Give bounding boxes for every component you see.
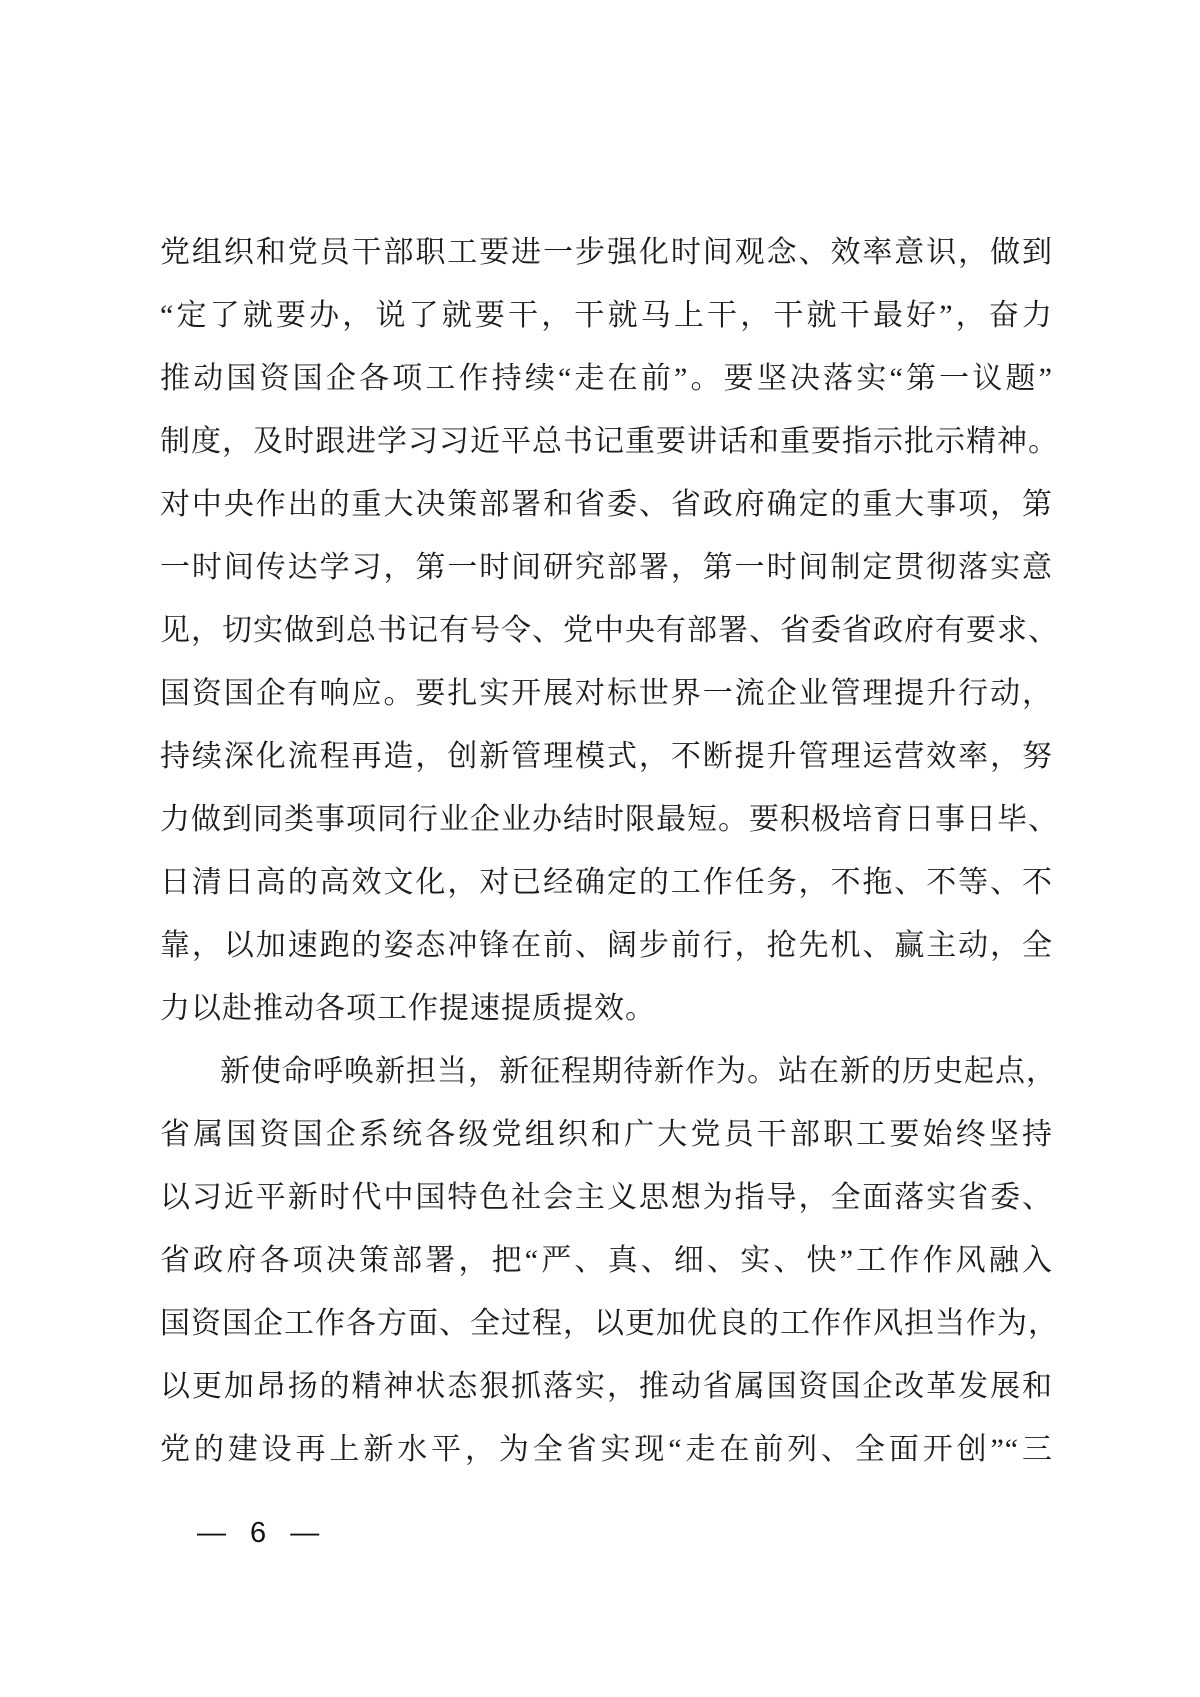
- text-line: 国资国企有响应。要扎实开展对标世界一流企业管理提升行动，: [160, 662, 1053, 725]
- text-line: 力做到同类事项同行业企业办结时限最短。要积极培育日事日毕、: [160, 788, 1053, 851]
- text-line: 对中央作出的重大决策部署和省委、省政府确定的重大事项，第: [160, 473, 1053, 536]
- text-line: 国资国企工作各方面、全过程，以更加优良的工作作风担当作为，: [160, 1292, 1053, 1355]
- text-line: 党组织和党员干部职工要进一步强化时间观念、效率意识，做到: [160, 221, 1053, 284]
- text-line: 以更加昂扬的精神状态狠抓落实，推动省属国资国企改革发展和: [160, 1355, 1053, 1418]
- text-line: 持续深化流程再造，创新管理模式，不断提升管理运营效率，努: [160, 725, 1053, 788]
- text-line: 新使命呼唤新担当，新征程期待新作为。站在新的历史起点，: [160, 1040, 1053, 1103]
- text-line: 一时间传达学习，第一时间研究部署，第一时间制定贯彻落实意: [160, 536, 1053, 599]
- text-line: 见，切实做到总书记有号令、党中央有部署、省委省政府有要求、: [160, 599, 1053, 662]
- text-line: 推动国资国企各项工作持续“走在前”。要坚决落实“第一议题”: [160, 347, 1053, 410]
- text-line: 党的建设再上新水平，为全省实现“走在前列、全面开创”“三: [160, 1418, 1053, 1481]
- document-page: 党组织和党员干部职工要进一步强化时间观念、效率意识，做到 “定了就要办，说了就要…: [0, 0, 1200, 1697]
- text-line: 制度，及时跟进学习习近平总书记重要讲话和重要指示批示精神。: [160, 410, 1053, 473]
- text-line: 日清日高的高效文化，对已经确定的工作任务，不拖、不等、不: [160, 851, 1053, 914]
- page-number: — 6 —: [197, 1511, 327, 1555]
- document-body: 党组织和党员干部职工要进一步强化时间观念、效率意识，做到 “定了就要办，说了就要…: [160, 221, 1053, 1481]
- text-line: 靠，以加速跑的姿态冲锋在前、阔步前行，抢先机、赢主动，全: [160, 914, 1053, 977]
- text-line: 省政府各项决策部署，把“严、真、细、实、快”工作作风融入: [160, 1229, 1053, 1292]
- text-line: 以习近平新时代中国特色社会主义思想为指导，全面落实省委、: [160, 1166, 1053, 1229]
- text-line: 力以赴推动各项工作提速提质提效。: [160, 977, 1053, 1040]
- text-line: “定了就要办，说了就要干，干就马上干，干就干最好”，奋力: [160, 284, 1053, 347]
- text-line: 省属国资国企系统各级党组织和广大党员干部职工要始终坚持: [160, 1103, 1053, 1166]
